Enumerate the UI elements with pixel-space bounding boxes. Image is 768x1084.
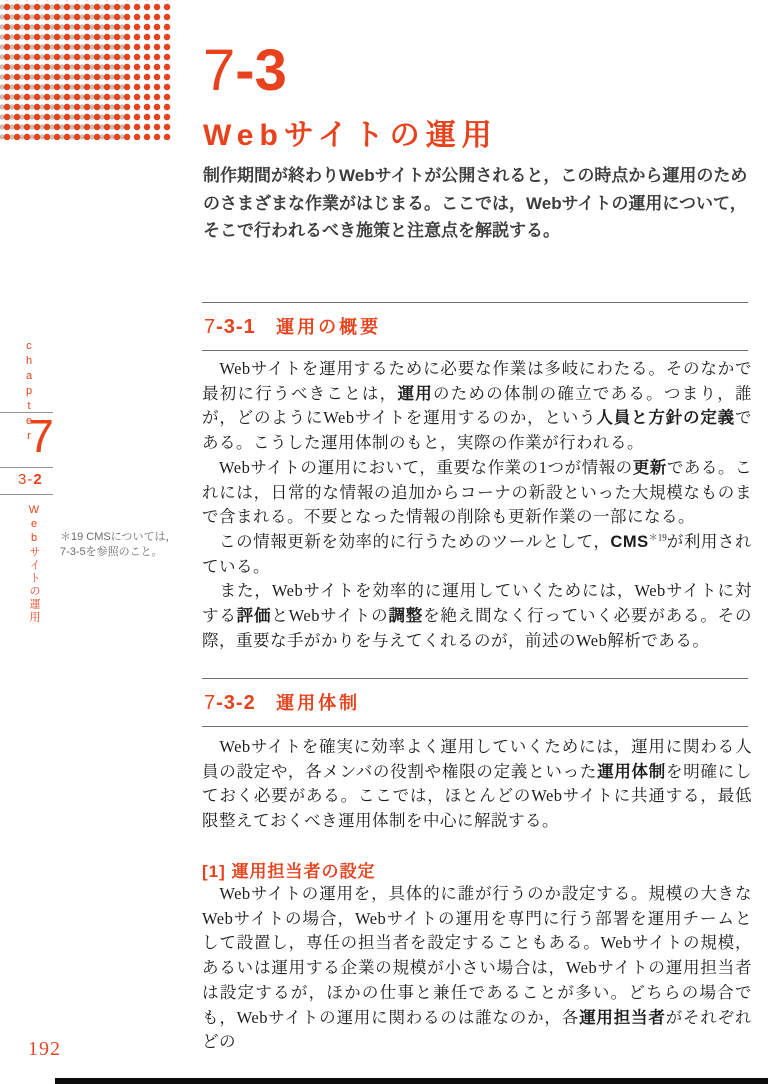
paragraph: Webサイトの運用において，重要な作業の1つが情報の更新である。これには，日常的… [202,456,752,530]
textbook-page: chapter 7 3-2 Webサイトの運用 ＊19 CMSについては，7-3… [0,0,768,1084]
paragraph: Webサイトを運用するために必要な作業は多岐にわたる。そのなかで最初に行うべきこ… [202,357,752,456]
section-number-chapter: 7 [203,38,235,103]
sidebar-chapter-number: 7 [26,408,56,464]
paragraph: また，Webサイトを効率的に運用していくためには，Webサイトに対する評価とWe… [202,579,752,653]
lead-paragraph: 制作期間が終わりWebサイトが公開されると，この時点から運用のためのさまざまな作… [203,162,755,245]
paragraph: Webサイトを確実に効率よく運用していくためには，運用に関わる人員の設定や，各メ… [202,735,752,834]
section-heading-7-3-1: 7-3-1 運用の概要 [202,302,748,351]
section-number-heading: 7-3 [203,40,287,102]
sidebar-section-code: 3-2 [18,471,43,488]
margin-footnote: ＊19 CMSについては，7-3-5を参照のこと。 [60,530,178,560]
section-number-bold: -3-1 [216,316,256,338]
dot-pattern-orange-layer [0,0,173,140]
bottom-edge-bar [55,1078,768,1084]
section-number-suffix: -3 [235,38,287,103]
section-heading-title: 運用の概要 [276,317,381,337]
section-heading-number: 7-3-2 [204,692,256,714]
sidebar-divider-middle [0,467,53,468]
body-text-subsection-1: Webサイトの運用を，具体的に誰が行うのか設定する。規模の大きなWebサイトの場… [202,882,752,1055]
sidebar-section-code-bold: 2 [33,471,42,488]
dot-pattern-decoration [0,0,173,140]
paragraph: Webサイトの運用を，具体的に誰が行うのか設定する。規模の大きなWebサイトの場… [202,882,752,1055]
section-heading-title: 運用体制 [276,693,360,713]
subsection-heading-1: [1] 運用担当者の設定 [202,857,748,882]
body-text-section-1: Webサイトを運用するために必要な作業は多岐にわたる。そのなかで最初に行うべきこ… [202,357,752,653]
paragraph: この情報更新を効率的に行うためのツールとして，CMS＊19が利用されている。 [202,530,752,579]
section-number-light: 7 [204,692,216,714]
section-heading-7-3-2: 7-3-2 運用体制 [202,678,748,727]
section-number-bold: -3-2 [216,692,256,714]
section-heading-number: 7-3-1 [204,316,256,338]
sidebar-vertical-title: Webサイトの運用 [26,504,42,624]
sidebar-section-code-light: 3- [18,471,33,488]
page-number: 192 [28,1038,61,1061]
sidebar-divider-bottom [0,494,53,495]
section-number-light: 7 [204,316,216,338]
page-title: Webサイトの運用 [203,110,498,154]
body-text-section-2: Webサイトを確実に効率よく運用していくためには，運用に関わる人員の設定や，各メ… [202,735,752,834]
